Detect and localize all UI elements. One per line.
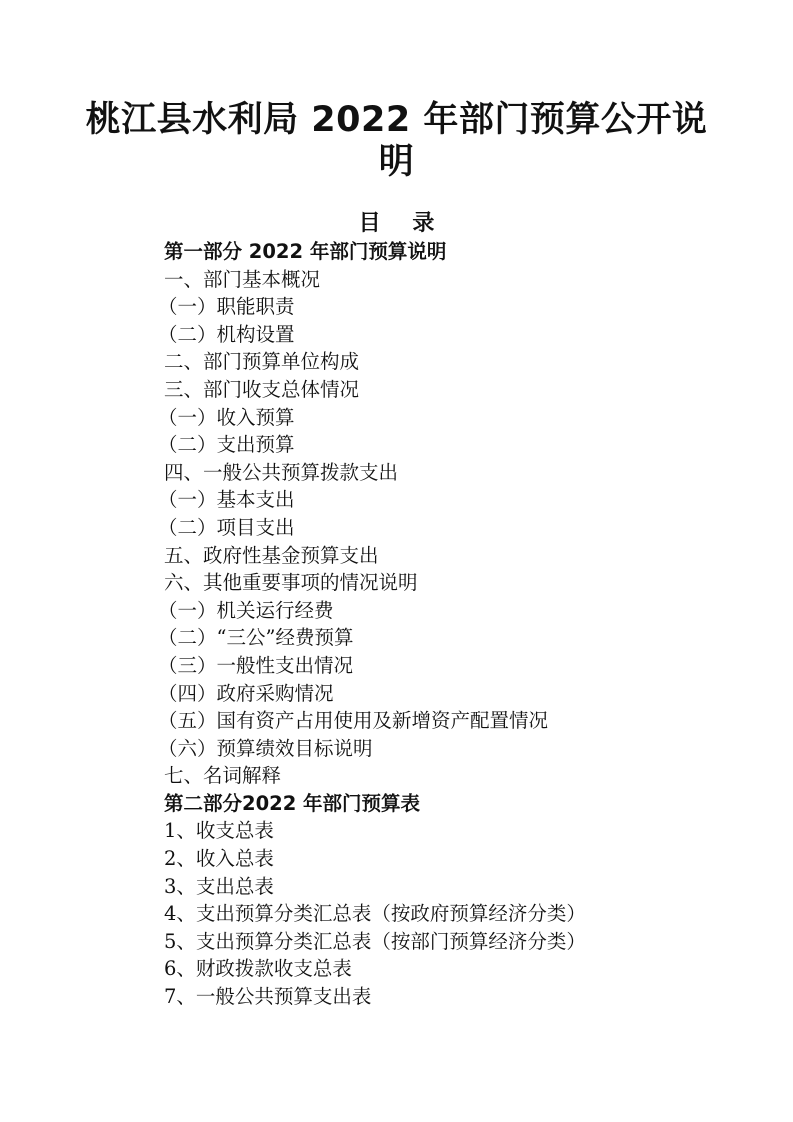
toc-subitem[interactable]: （一）机关运行经费 — [158, 597, 684, 625]
table-of-contents: 第一部分 2022 年部门预算说明 一、部门基本概况 （一）职能职责 （二）机构… — [164, 238, 684, 1011]
toc-item[interactable]: 五、政府性基金预算支出 — [164, 542, 684, 570]
toc-table-item[interactable]: 7、一般公共预算支出表 — [164, 983, 684, 1011]
toc-table-item[interactable]: 3、支出总表 — [164, 873, 684, 901]
toc-subitem[interactable]: （一）收入预算 — [158, 404, 684, 432]
toc-heading: 目 录 — [0, 206, 793, 237]
toc-item[interactable]: 二、部门预算单位构成 — [164, 348, 684, 376]
toc-item[interactable]: 四、一般公共预算拨款支出 — [164, 459, 684, 487]
toc-item[interactable]: 六、其他重要事项的情况说明 — [164, 569, 684, 597]
toc-item[interactable]: 一、部门基本概况 — [164, 266, 684, 294]
toc-subitem[interactable]: （一）职能职责 — [158, 293, 684, 321]
toc-part-1[interactable]: 第一部分 2022 年部门预算说明 — [164, 238, 684, 266]
toc-item[interactable]: 七、名词解释 — [164, 762, 684, 790]
toc-subitem[interactable]: （六）预算绩效目标说明 — [158, 735, 684, 763]
toc-table-item[interactable]: 2、收入总表 — [164, 845, 684, 873]
toc-subitem[interactable]: （四）政府采购情况 — [158, 680, 684, 708]
document-title-line-1: 桃江县水利局 2022 年部门预算公开说 — [0, 98, 793, 142]
toc-subitem[interactable]: （五）国有资产占用使用及新增资产配置情况 — [158, 707, 684, 735]
toc-item[interactable]: 三、部门收支总体情况 — [164, 376, 684, 404]
toc-subitem[interactable]: （二）机构设置 — [158, 321, 684, 349]
toc-table-item[interactable]: 5、支出预算分类汇总表（按部门预算经济分类） — [164, 928, 684, 956]
toc-subitem[interactable]: （三）一般性支出情况 — [158, 652, 684, 680]
toc-subitem[interactable]: （二）“三公”经费预算 — [158, 624, 684, 652]
toc-subitem[interactable]: （二）支出预算 — [158, 431, 684, 459]
document-title-line-2: 明 — [0, 140, 793, 184]
toc-part-2[interactable]: 第二部分2022 年部门预算表 — [164, 790, 684, 818]
toc-subitem[interactable]: （二）项目支出 — [158, 514, 684, 542]
toc-table-item[interactable]: 4、支出预算分类汇总表（按政府预算经济分类） — [164, 900, 684, 928]
toc-table-item[interactable]: 6、财政拨款收支总表 — [164, 955, 684, 983]
toc-table-item[interactable]: 1、收支总表 — [164, 817, 684, 845]
toc-subitem[interactable]: （一）基本支出 — [158, 486, 684, 514]
